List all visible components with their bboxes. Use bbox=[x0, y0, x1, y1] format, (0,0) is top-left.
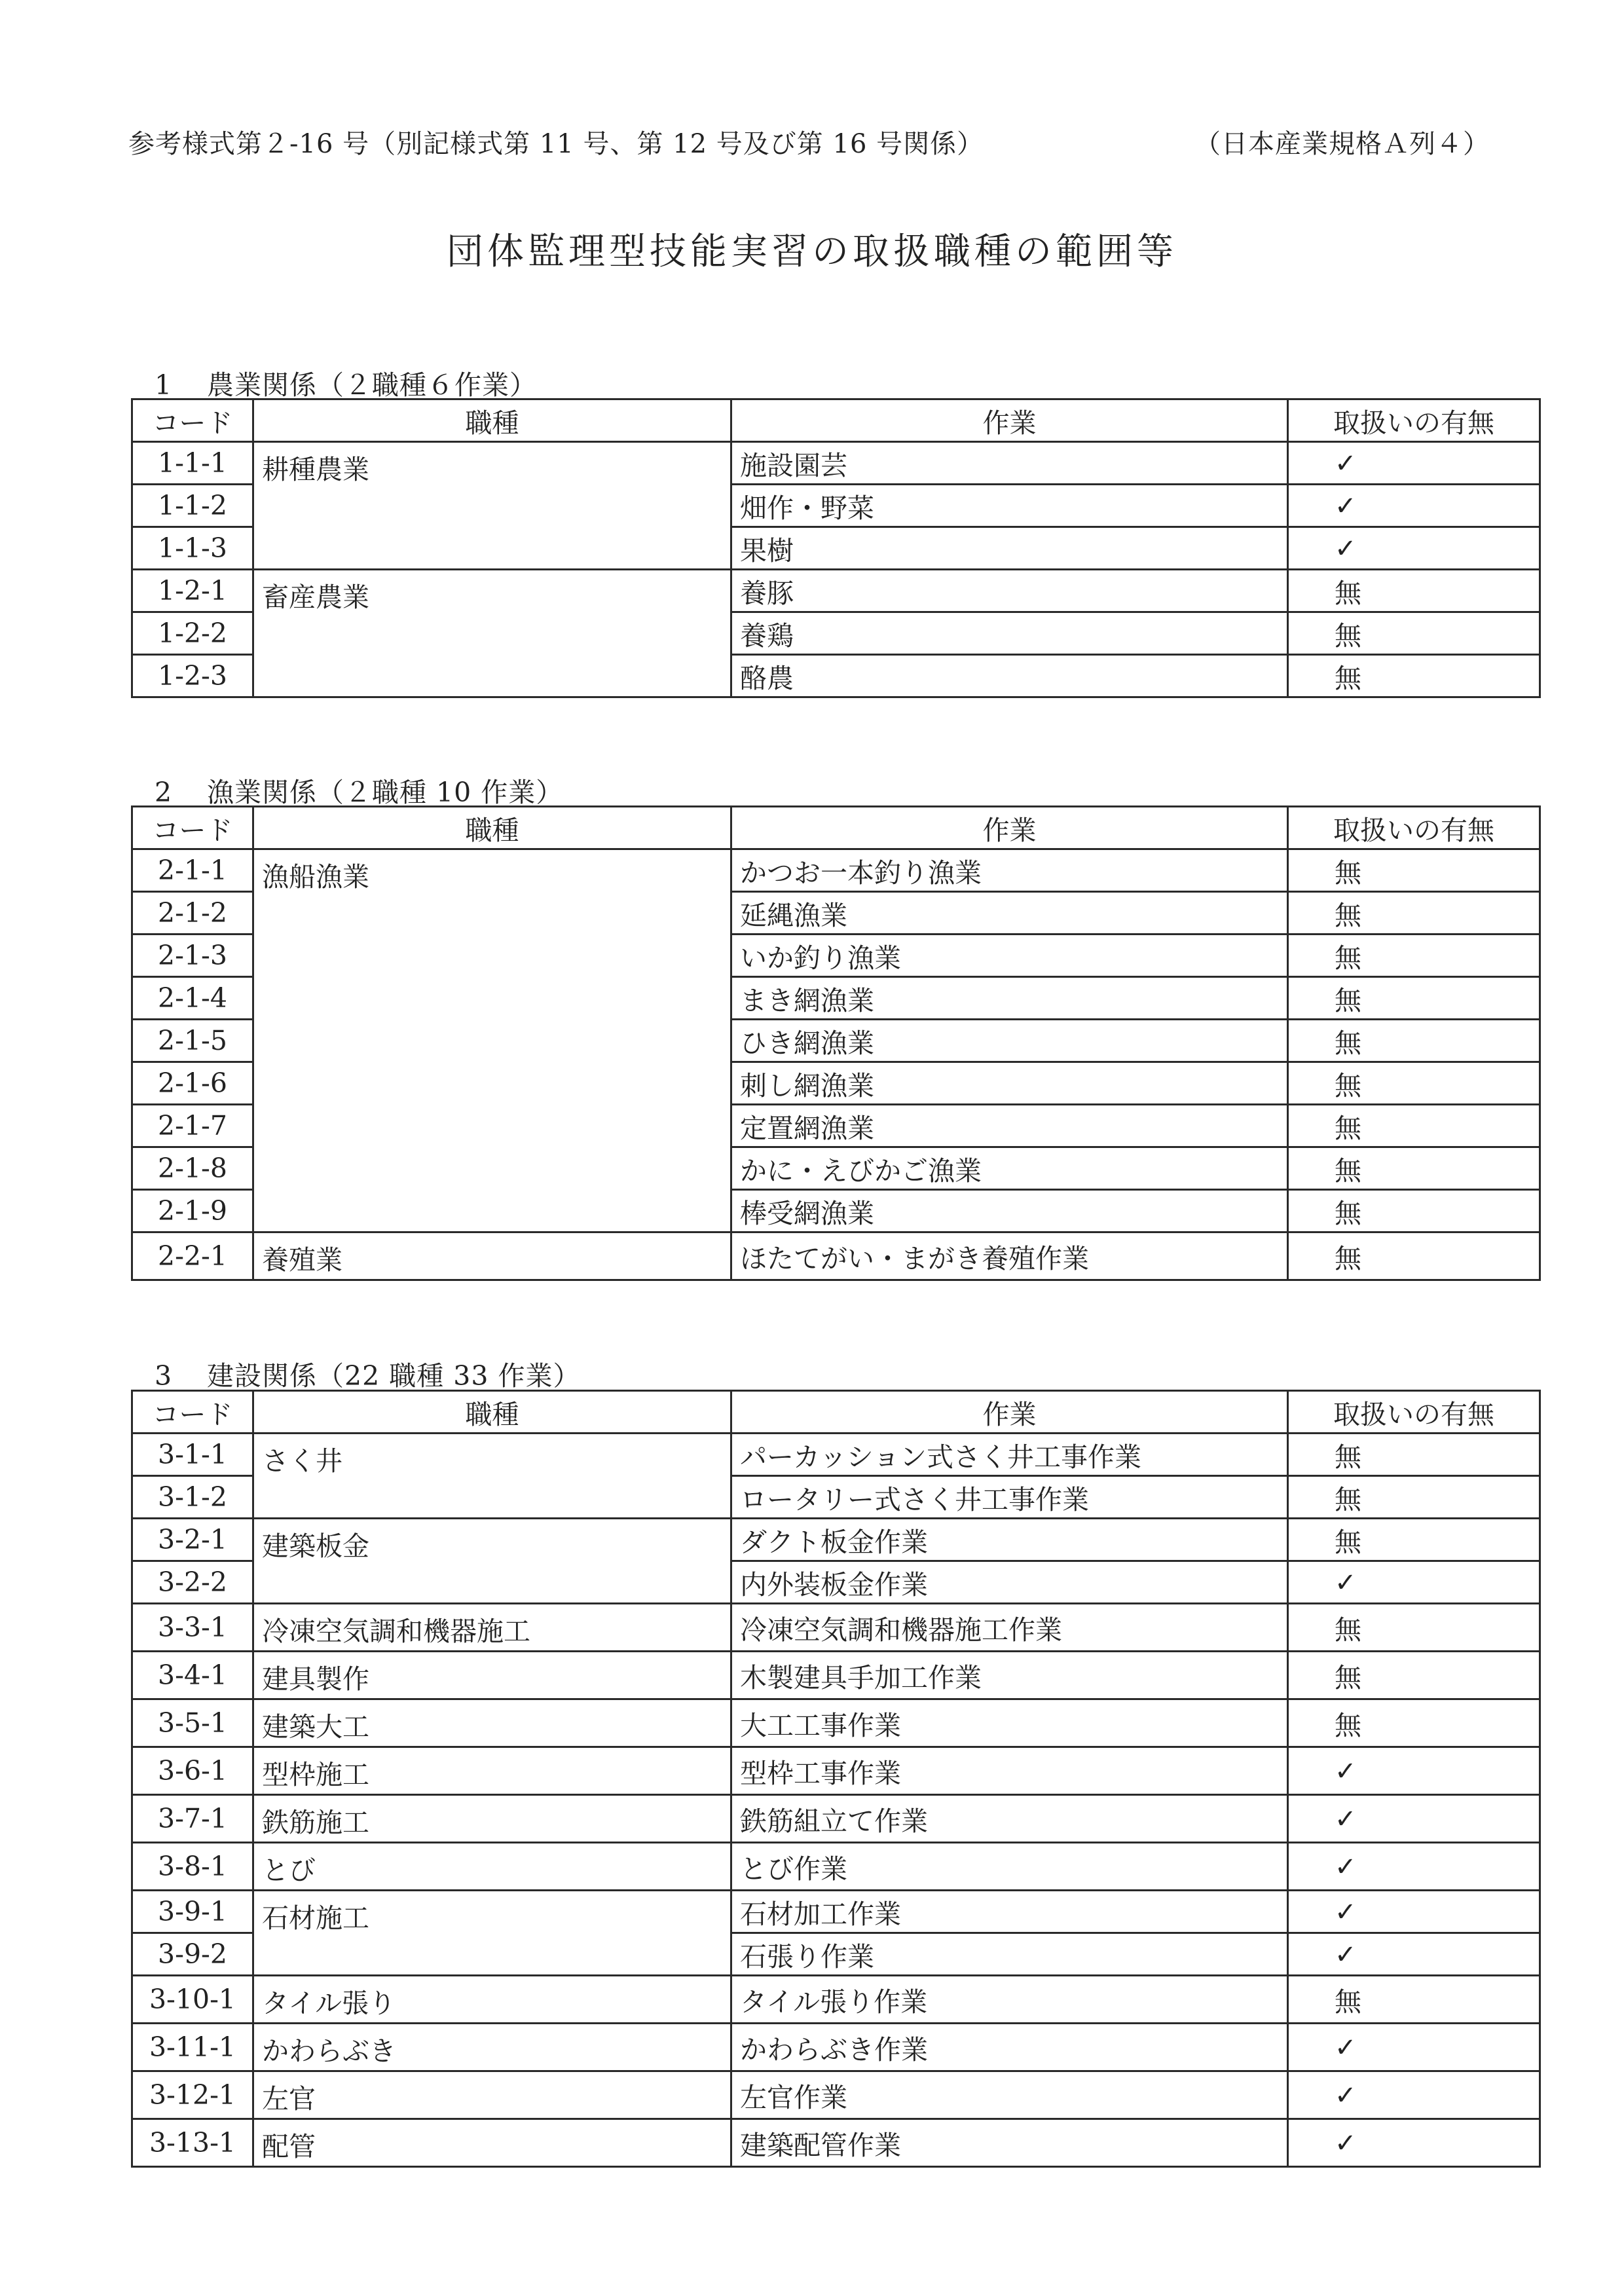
job-code: 3-6-1 bbox=[132, 1747, 253, 1795]
handling-status: 無 bbox=[1288, 849, 1540, 892]
check-mark-icon: ✓ bbox=[1335, 534, 1357, 564]
occupation-name: 漁船漁業 bbox=[253, 849, 731, 1232]
job-code: 2-1-5 bbox=[132, 1020, 253, 1062]
table-row: 3-4-1建具製作木製建具手加工作業無 bbox=[132, 1652, 1540, 1699]
none-mark: 無 bbox=[1335, 1441, 1361, 1473]
none-mark: 無 bbox=[1335, 1614, 1361, 1646]
column-header-status: 取扱いの有無 bbox=[1288, 399, 1540, 442]
job-code: 3-1-1 bbox=[132, 1434, 253, 1476]
table-row: 3-13-1配管建築配管作業✓ bbox=[132, 2119, 1540, 2167]
work-name: 畑作・野菜 bbox=[731, 485, 1288, 527]
handling-status: 無 bbox=[1288, 1232, 1540, 1280]
check-mark-icon: ✓ bbox=[1335, 2128, 1357, 2158]
column-header-occupation: 職種 bbox=[253, 1391, 731, 1434]
job-code: 2-1-2 bbox=[132, 892, 253, 935]
work-name: 施設園芸 bbox=[731, 442, 1288, 485]
occupation-name: かわらぶき bbox=[253, 2024, 731, 2071]
work-name: ひき網漁業 bbox=[731, 1020, 1288, 1062]
document-title: 団体監理型技能実習の取扱職種の範囲等 bbox=[0, 223, 1624, 275]
occupation-name: 石材施工 bbox=[253, 1891, 731, 1976]
none-mark: 無 bbox=[1335, 1113, 1361, 1144]
handling-status: 無 bbox=[1288, 1105, 1540, 1147]
work-name: 果樹 bbox=[731, 527, 1288, 570]
job-code: 1-1-3 bbox=[132, 527, 253, 570]
check-mark-icon: ✓ bbox=[1335, 1852, 1357, 1882]
table-row: 3-8-1とびとび作業✓ bbox=[132, 1843, 1540, 1891]
table-row: 3-1-1さく井パーカッション式さく井工事作業無 bbox=[132, 1434, 1540, 1476]
section-number: 3 bbox=[155, 1360, 207, 1392]
table-row: 2-2-1養殖業ほたてがい・まがき養殖作業無 bbox=[132, 1232, 1540, 1280]
fishery-table: コード職種作業取扱いの有無2-1-1漁船漁業かつお一本釣り漁業無2-1-2延縄漁… bbox=[131, 805, 1541, 1281]
section-title: 農業関係（２職種６作業） bbox=[207, 369, 537, 401]
header-row: コード職種作業取扱いの有無 bbox=[132, 399, 1540, 442]
section-heading-agriculture: 1農業関係（２職種６作業） bbox=[155, 363, 537, 402]
job-code: 3-11-1 bbox=[132, 2024, 253, 2071]
occupation-name: さく井 bbox=[253, 1434, 731, 1519]
occupation-name: 左官 bbox=[253, 2071, 731, 2119]
column-header-status: 取扱いの有無 bbox=[1288, 807, 1540, 849]
column-header-code: コード bbox=[132, 399, 253, 442]
job-code: 3-7-1 bbox=[132, 1795, 253, 1843]
handling-status: 無 bbox=[1288, 612, 1540, 655]
handling-status: 無 bbox=[1288, 977, 1540, 1020]
handling-status: 無 bbox=[1288, 1020, 1540, 1062]
paper-size-note: （日本産業規格Ａ列４） bbox=[1194, 123, 1490, 160]
section-number: 2 bbox=[155, 777, 207, 808]
none-mark: 無 bbox=[1335, 1198, 1361, 1229]
handling-status: 無 bbox=[1288, 1434, 1540, 1476]
work-name: とび作業 bbox=[731, 1843, 1288, 1891]
column-header-work: 作業 bbox=[731, 807, 1288, 849]
column-header-occupation: 職種 bbox=[253, 399, 731, 442]
work-name: 棒受網漁業 bbox=[731, 1190, 1288, 1232]
check-mark-icon: ✓ bbox=[1335, 1568, 1357, 1598]
table-row: 3-7-1鉄筋施工鉄筋組立て作業✓ bbox=[132, 1795, 1540, 1843]
work-name: 型枠工事作業 bbox=[731, 1747, 1288, 1795]
handling-status: 無 bbox=[1288, 570, 1540, 612]
column-header-occupation: 職種 bbox=[253, 807, 731, 849]
handling-status: ✓ bbox=[1288, 1933, 1540, 1976]
handling-status: 無 bbox=[1288, 1190, 1540, 1232]
table-row: 3-5-1建築大工大工工事作業無 bbox=[132, 1699, 1540, 1747]
occupation-name: 型枠施工 bbox=[253, 1747, 731, 1795]
work-name: 左官作業 bbox=[731, 2071, 1288, 2119]
job-code: 2-1-1 bbox=[132, 849, 253, 892]
handling-status: ✓ bbox=[1288, 2071, 1540, 2119]
occupation-name: 養殖業 bbox=[253, 1232, 731, 1280]
occupation-name: 建具製作 bbox=[253, 1652, 731, 1699]
none-mark: 無 bbox=[1335, 1070, 1361, 1102]
handling-status: 無 bbox=[1288, 1976, 1540, 2024]
section-number: 1 bbox=[155, 369, 207, 401]
job-code: 2-1-7 bbox=[132, 1105, 253, 1147]
job-code: 1-2-3 bbox=[132, 655, 253, 697]
job-code: 3-10-1 bbox=[132, 1976, 253, 2024]
header-row: コード職種作業取扱いの有無 bbox=[132, 1391, 1540, 1434]
occupation-name: 鉄筋施工 bbox=[253, 1795, 731, 1843]
handling-status: 無 bbox=[1288, 1147, 1540, 1190]
handling-status: 無 bbox=[1288, 1699, 1540, 1747]
work-name: 養鶏 bbox=[731, 612, 1288, 655]
work-name: 刺し網漁業 bbox=[731, 1062, 1288, 1105]
none-mark: 無 bbox=[1335, 578, 1361, 609]
handling-status: ✓ bbox=[1288, 1795, 1540, 1843]
occupation-name: 建築大工 bbox=[253, 1699, 731, 1747]
work-name: 冷凍空気調和機器施工作業 bbox=[731, 1604, 1288, 1652]
occupation-name: 建築板金 bbox=[253, 1519, 731, 1604]
work-name: タイル張り作業 bbox=[731, 1976, 1288, 2024]
work-name: ダクト板金作業 bbox=[731, 1519, 1288, 1561]
handling-status: 無 bbox=[1288, 1062, 1540, 1105]
work-name: かわらぶき作業 bbox=[731, 2024, 1288, 2071]
reference-line: 参考様式第２-16 号（別記様式第 11 号、第 12 号及び第 16 号関係） bbox=[128, 123, 984, 160]
check-mark-icon: ✓ bbox=[1335, 1897, 1357, 1927]
work-name: かつお一本釣り漁業 bbox=[731, 849, 1288, 892]
work-name: 建築配管作業 bbox=[731, 2119, 1288, 2167]
work-name: 定置網漁業 bbox=[731, 1105, 1288, 1147]
table-row: 3-2-1建築板金ダクト板金作業無 bbox=[132, 1519, 1540, 1561]
job-code: 1-1-2 bbox=[132, 485, 253, 527]
none-mark: 無 bbox=[1335, 1710, 1361, 1741]
table-row: 3-9-1石材施工石材加工作業✓ bbox=[132, 1891, 1540, 1933]
job-code: 3-3-1 bbox=[132, 1604, 253, 1652]
work-name: いか釣り漁業 bbox=[731, 935, 1288, 977]
handling-status: ✓ bbox=[1288, 2119, 1540, 2167]
job-code: 2-1-4 bbox=[132, 977, 253, 1020]
handling-status: ✓ bbox=[1288, 1843, 1540, 1891]
job-code: 3-2-2 bbox=[132, 1561, 253, 1604]
handling-status: 無 bbox=[1288, 1476, 1540, 1519]
none-mark: 無 bbox=[1335, 1662, 1361, 1694]
none-mark: 無 bbox=[1335, 620, 1361, 652]
handling-status: ✓ bbox=[1288, 2024, 1540, 2071]
column-header-work: 作業 bbox=[731, 1391, 1288, 1434]
occupation-name: タイル張り bbox=[253, 1976, 731, 2024]
work-name: 石材加工作業 bbox=[731, 1891, 1288, 1933]
column-header-code: コード bbox=[132, 1391, 253, 1434]
check-mark-icon: ✓ bbox=[1335, 2081, 1357, 2111]
job-code: 2-1-6 bbox=[132, 1062, 253, 1105]
occupation-name: 配管 bbox=[253, 2119, 731, 2167]
occupation-name: 耕種農業 bbox=[253, 442, 731, 570]
job-code: 3-12-1 bbox=[132, 2071, 253, 2119]
check-mark-icon: ✓ bbox=[1335, 2033, 1357, 2063]
section-title: 漁業関係（２職種 10 作業） bbox=[207, 777, 563, 808]
job-code: 3-9-1 bbox=[132, 1891, 253, 1933]
handling-status: 無 bbox=[1288, 892, 1540, 935]
handling-status: ✓ bbox=[1288, 527, 1540, 570]
handling-status: 無 bbox=[1288, 655, 1540, 697]
none-mark: 無 bbox=[1335, 1155, 1361, 1187]
occupation-name: とび bbox=[253, 1843, 731, 1891]
table-row: 2-1-1漁船漁業かつお一本釣り漁業無 bbox=[132, 849, 1540, 892]
job-code: 3-1-2 bbox=[132, 1476, 253, 1519]
check-mark-icon: ✓ bbox=[1335, 491, 1357, 521]
job-code: 3-4-1 bbox=[132, 1652, 253, 1699]
table-row: 3-6-1型枠施工型枠工事作業✓ bbox=[132, 1747, 1540, 1795]
none-mark: 無 bbox=[1335, 1028, 1361, 1059]
occupation-name: 冷凍空気調和機器施工 bbox=[253, 1604, 731, 1652]
work-name: 石張り作業 bbox=[731, 1933, 1288, 1976]
table-row: 3-10-1タイル張りタイル張り作業無 bbox=[132, 1976, 1540, 2024]
none-mark: 無 bbox=[1335, 663, 1361, 694]
job-code: 2-2-1 bbox=[132, 1232, 253, 1280]
check-mark-icon: ✓ bbox=[1335, 1940, 1357, 1970]
check-mark-icon: ✓ bbox=[1335, 449, 1357, 479]
job-code: 1-2-2 bbox=[132, 612, 253, 655]
column-header-status: 取扱いの有無 bbox=[1288, 1391, 1540, 1434]
none-mark: 無 bbox=[1335, 1527, 1361, 1558]
work-name: 養豚 bbox=[731, 570, 1288, 612]
handling-status: 無 bbox=[1288, 1519, 1540, 1561]
table-row: 3-11-1かわらぶきかわらぶき作業✓ bbox=[132, 2024, 1540, 2071]
work-name: かに・えびかご漁業 bbox=[731, 1147, 1288, 1190]
table-row: 3-3-1冷凍空気調和機器施工冷凍空気調和機器施工作業無 bbox=[132, 1604, 1540, 1652]
job-code: 2-1-9 bbox=[132, 1190, 253, 1232]
job-code: 1-2-1 bbox=[132, 570, 253, 612]
handling-status: 無 bbox=[1288, 1652, 1540, 1699]
header-row: コード職種作業取扱いの有無 bbox=[132, 807, 1540, 849]
handling-status: ✓ bbox=[1288, 485, 1540, 527]
job-code: 3-2-1 bbox=[132, 1519, 253, 1561]
work-name: パーカッション式さく井工事作業 bbox=[731, 1434, 1288, 1476]
construction-table: コード職種作業取扱いの有無3-1-1さく井パーカッション式さく井工事作業無3-1… bbox=[131, 1390, 1541, 2168]
work-name: 延縄漁業 bbox=[731, 892, 1288, 935]
none-mark: 無 bbox=[1335, 900, 1361, 931]
handling-status: ✓ bbox=[1288, 442, 1540, 485]
table-row: 1-2-1畜産農業養豚無 bbox=[132, 570, 1540, 612]
job-code: 2-1-8 bbox=[132, 1147, 253, 1190]
none-mark: 無 bbox=[1335, 1986, 1361, 2018]
check-mark-icon: ✓ bbox=[1335, 1756, 1357, 1787]
none-mark: 無 bbox=[1335, 1243, 1361, 1274]
job-code: 3-13-1 bbox=[132, 2119, 253, 2167]
work-name: 鉄筋組立て作業 bbox=[731, 1795, 1288, 1843]
table-row: 3-12-1左官左官作業✓ bbox=[132, 2071, 1540, 2119]
work-name: 大工工事作業 bbox=[731, 1699, 1288, 1747]
handling-status: ✓ bbox=[1288, 1747, 1540, 1795]
work-name: まき網漁業 bbox=[731, 977, 1288, 1020]
work-name: ロータリー式さく井工事作業 bbox=[731, 1476, 1288, 1519]
job-code: 3-5-1 bbox=[132, 1699, 253, 1747]
job-code: 3-8-1 bbox=[132, 1843, 253, 1891]
job-code: 2-1-3 bbox=[132, 935, 253, 977]
column-header-work: 作業 bbox=[731, 399, 1288, 442]
section-heading-fishery: 2漁業関係（２職種 10 作業） bbox=[155, 771, 563, 809]
section-title: 建設関係（22 職種 33 作業） bbox=[207, 1360, 580, 1392]
work-name: 木製建具手加工作業 bbox=[731, 1652, 1288, 1699]
handling-status: 無 bbox=[1288, 1604, 1540, 1652]
none-mark: 無 bbox=[1335, 857, 1361, 889]
column-header-code: コード bbox=[132, 807, 253, 849]
handling-status: 無 bbox=[1288, 935, 1540, 977]
occupation-name: 畜産農業 bbox=[253, 570, 731, 697]
check-mark-icon: ✓ bbox=[1335, 1804, 1357, 1834]
handling-status: ✓ bbox=[1288, 1891, 1540, 1933]
work-name: 酪農 bbox=[731, 655, 1288, 697]
none-mark: 無 bbox=[1335, 985, 1361, 1016]
none-mark: 無 bbox=[1335, 942, 1361, 974]
none-mark: 無 bbox=[1335, 1484, 1361, 1515]
table-row: 1-1-1耕種農業施設園芸✓ bbox=[132, 442, 1540, 485]
work-name: ほたてがい・まがき養殖作業 bbox=[731, 1232, 1288, 1280]
section-heading-construction: 3建設関係（22 職種 33 作業） bbox=[155, 1354, 580, 1393]
agriculture-table: コード職種作業取扱いの有無1-1-1耕種農業施設園芸✓1-1-2畑作・野菜✓1-… bbox=[131, 398, 1541, 698]
work-name: 内外装板金作業 bbox=[731, 1561, 1288, 1604]
job-code: 3-9-2 bbox=[132, 1933, 253, 1976]
handling-status: ✓ bbox=[1288, 1561, 1540, 1604]
job-code: 1-1-1 bbox=[132, 442, 253, 485]
